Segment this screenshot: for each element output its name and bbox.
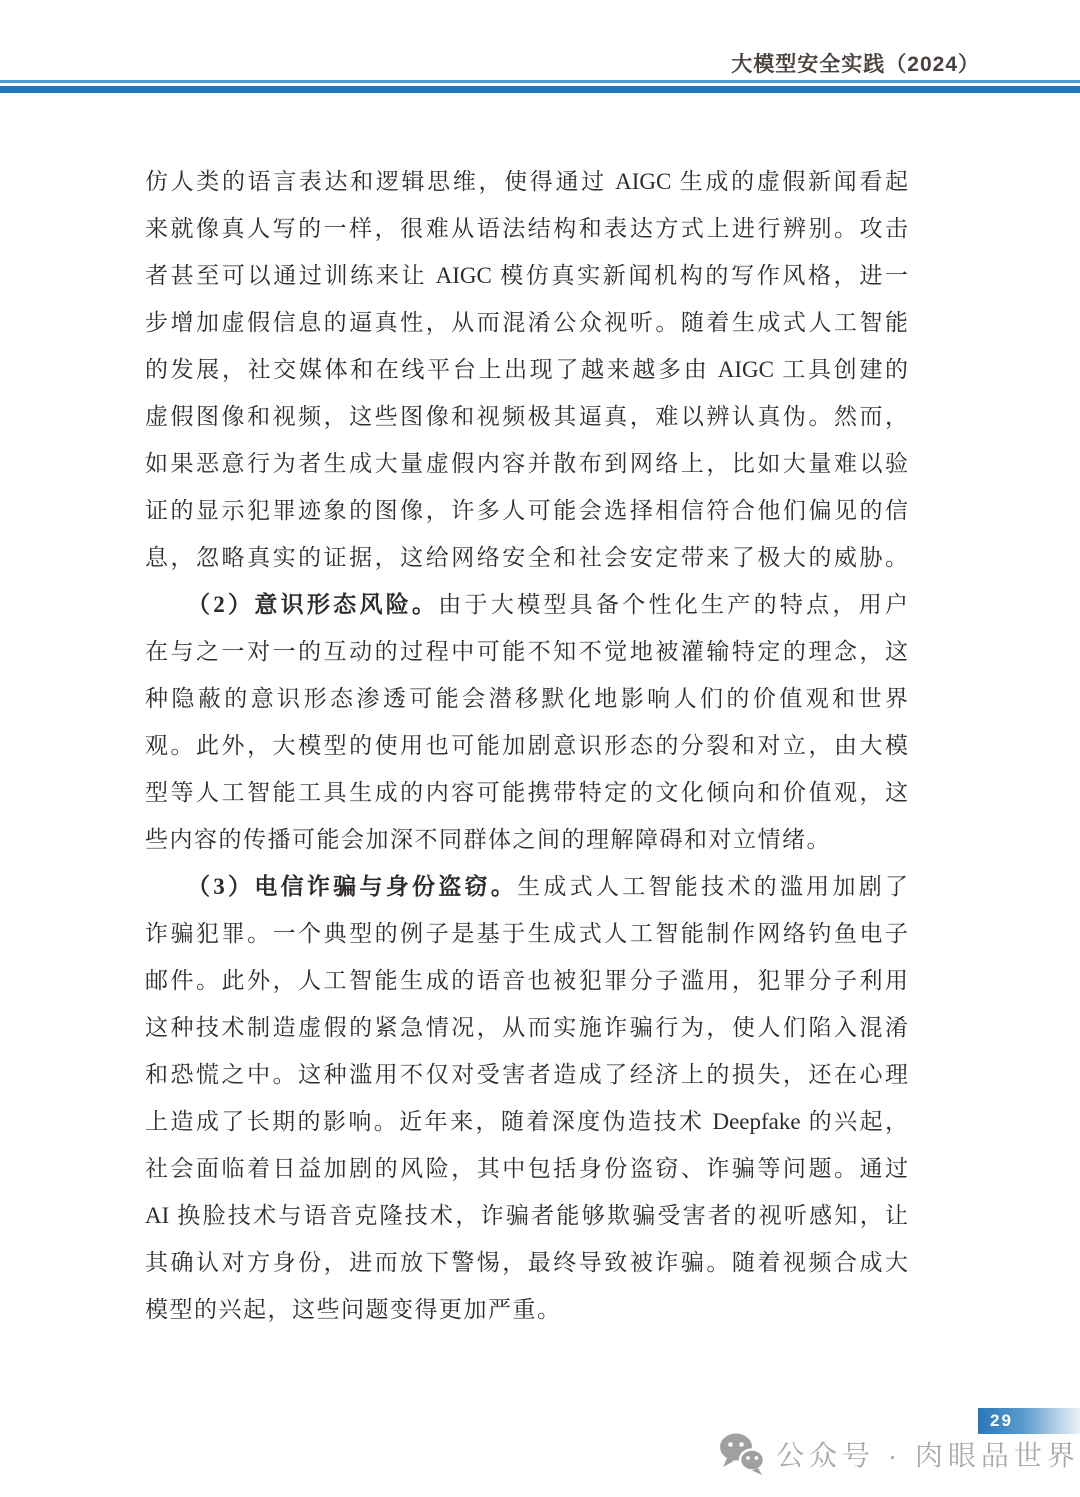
wechat-icon: [718, 1432, 766, 1476]
watermark: 公众号 · 肉眼品世界: [718, 1432, 1080, 1476]
text-line: 型等人工智能工具生成的内容可能携带特定的文化倾向和价值观，这: [145, 769, 908, 816]
paragraph-heading: （3）电信诈骗与身份盗窃。: [187, 874, 517, 899]
text-line: 上造成了长期的影响。近年来，随着深度伪造技术 Deepfake 的兴起，: [145, 1098, 908, 1145]
document-body: 仿人类的语言表达和逻辑思维，使得通过 AIGC 生成的虚假新闻看起来就像真人写的…: [145, 158, 908, 1333]
text-line: 其确认对方身份，进而放下警惕，最终导致被诈骗。随着视频合成大: [145, 1239, 908, 1286]
text-line: 邮件。此外，人工智能生成的语音也被犯罪分子滥用，犯罪分子利用: [145, 957, 908, 1004]
document-page: 大模型安全实践（2024） 仿人类的语言表达和逻辑思维，使得通过 AIGC 生成…: [0, 0, 1080, 1497]
page-header-title: 大模型安全实践（2024）: [731, 48, 980, 78]
text-line: 来就像真人写的一样，很难从语法结构和表达方式上进行辨别。攻击: [145, 205, 908, 252]
paragraph-heading: （2）意识形态风险。: [187, 592, 438, 617]
text-line: 和恐慌之中。这种滥用不仅对受害者造成了经济上的损失，还在心理: [145, 1051, 908, 1098]
text-line: 观。此外，大模型的使用也可能加剧意识形态的分裂和对立，由大模: [145, 722, 908, 769]
page-number: 29: [990, 1411, 1013, 1430]
text-line: 模型的兴起，这些问题变得更加严重。: [145, 1286, 908, 1333]
text-line: 息，忽略真实的证据，这给网络安全和社会安定带来了极大的威胁。: [145, 534, 908, 581]
text-line: 种隐蔽的意识形态渗透可能会潜移默化地影响人们的价值观和世界: [145, 675, 908, 722]
text-line: 如果恶意行为者生成大量虚假内容并散布到网络上，比如大量难以验: [145, 440, 908, 487]
watermark-text: 公众号 · 肉眼品世界: [776, 1434, 1080, 1474]
page-number-badge: 29: [978, 1408, 1080, 1434]
text-line: 虚假图像和视频，这些图像和视频极其逼真，难以辨认真伪。然而，: [145, 393, 908, 440]
text-line: 些内容的传播可能会加深不同群体之间的理解障碍和对立情绪。: [145, 816, 908, 863]
text-line: 的发展，社交媒体和在线平台上出现了越来越多由 AIGC 工具创建的: [145, 346, 908, 393]
text-line: 仿人类的语言表达和逻辑思维，使得通过 AIGC 生成的虚假新闻看起: [145, 158, 908, 205]
text-line: 在与之一对一的互动的过程中可能不知不觉地被灌输特定的理念，这: [145, 628, 908, 675]
text-line: （2）意识形态风险。由于大模型具备个性化生产的特点，用户: [145, 581, 908, 628]
text-line: 社会面临着日益加剧的风险，其中包括身份盗窃、诈骗等问题。通过: [145, 1145, 908, 1192]
header-rule-thick: [0, 86, 1080, 93]
text-line: 证的显示犯罪迹象的图像，许多人可能会选择相信符合他们偏见的信: [145, 487, 908, 534]
text-line: （3）电信诈骗与身份盗窃。生成式人工智能技术的滥用加剧了: [145, 863, 908, 910]
text-line: 这种技术制造虚假的紧急情况，从而实施诈骗行为，使人们陷入混淆: [145, 1004, 908, 1051]
text-line: AI 换脸技术与语音克隆技术，诈骗者能够欺骗受害者的视听感知，让: [145, 1192, 908, 1239]
header-rule-thin: [0, 80, 1080, 83]
text-line: 诈骗犯罪。一个典型的例子是基于生成式人工智能制作网络钓鱼电子: [145, 910, 908, 957]
text-line: 者甚至可以通过训练来让 AIGC 模仿真实新闻机构的写作风格，进一: [145, 252, 908, 299]
text-line: 步增加虚假信息的逼真性，从而混淆公众视听。随着生成式人工智能: [145, 299, 908, 346]
